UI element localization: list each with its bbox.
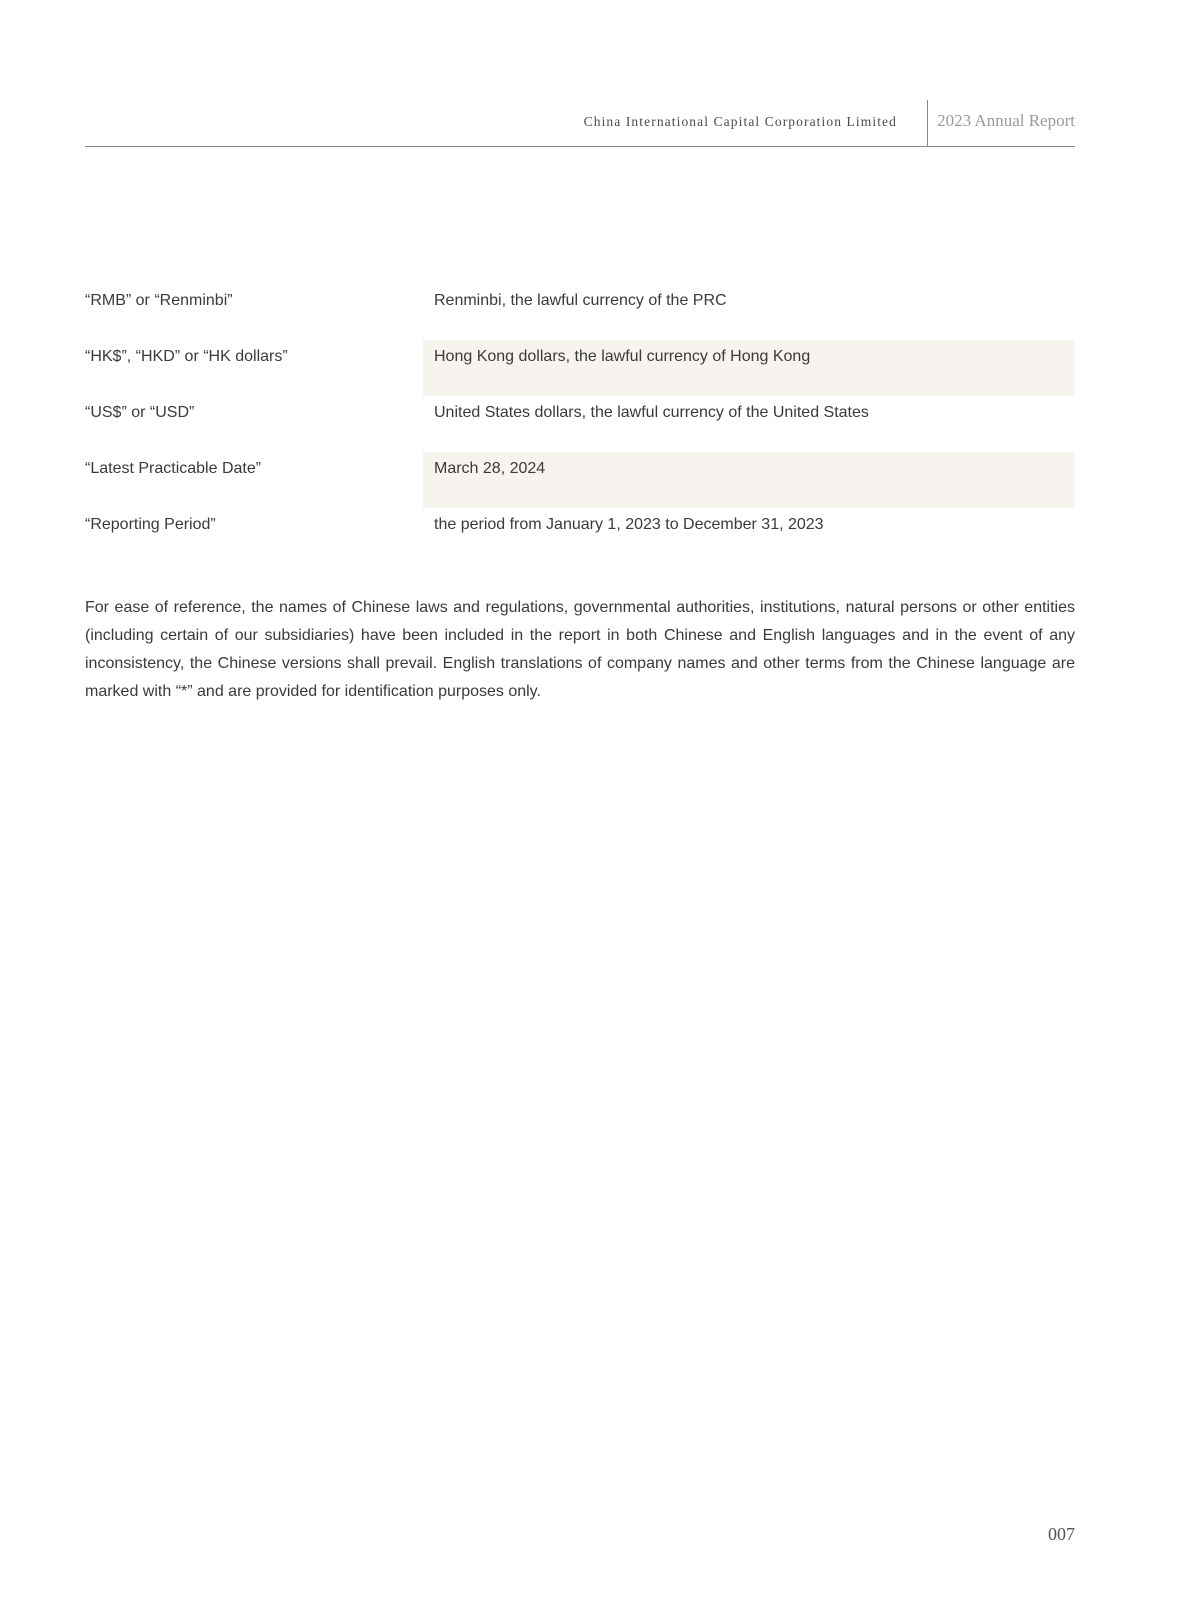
header-divider: [927, 100, 928, 146]
company-name: China International Capital Corporation …: [584, 114, 897, 130]
definition-term: “Latest Practicable Date”: [85, 460, 261, 478]
definition-meaning: United States dollars, the lawful curren…: [423, 396, 1075, 452]
definition-meaning: Renminbi, the lawful currency of the PRC: [423, 284, 1075, 340]
page-number: 007: [1048, 1524, 1075, 1545]
reference-note: For ease of reference, the names of Chin…: [85, 594, 1075, 706]
definition-meaning: Hong Kong dollars, the lawful currency o…: [423, 340, 1075, 396]
definition-meaning: March 28, 2024: [423, 452, 1075, 508]
definition-row: “US$” or “USD” United States dollars, th…: [85, 396, 1075, 452]
report-title: 2023 Annual Report: [937, 111, 1075, 131]
definition-row: “RMB” or “Renminbi” Renminbi, the lawful…: [85, 284, 1075, 340]
definition-meaning: the period from January 1, 2023 to Decem…: [423, 508, 1075, 564]
definition-row: “HK$”, “HKD” or “HK dollars” Hong Kong d…: [85, 340, 1075, 396]
definitions-table: “RMB” or “Renminbi” Renminbi, the lawful…: [85, 284, 1075, 564]
definition-row: “Reporting Period” the period from Janua…: [85, 508, 1075, 564]
page-header: China International Capital Corporation …: [85, 100, 1075, 147]
definition-term: “RMB” or “Renminbi”: [85, 292, 233, 310]
definition-term: “HK$”, “HKD” or “HK dollars”: [85, 348, 288, 366]
definition-row: “Latest Practicable Date” March 28, 2024: [85, 452, 1075, 508]
definition-term: “US$” or “USD”: [85, 404, 194, 422]
definition-term: “Reporting Period”: [85, 516, 216, 534]
